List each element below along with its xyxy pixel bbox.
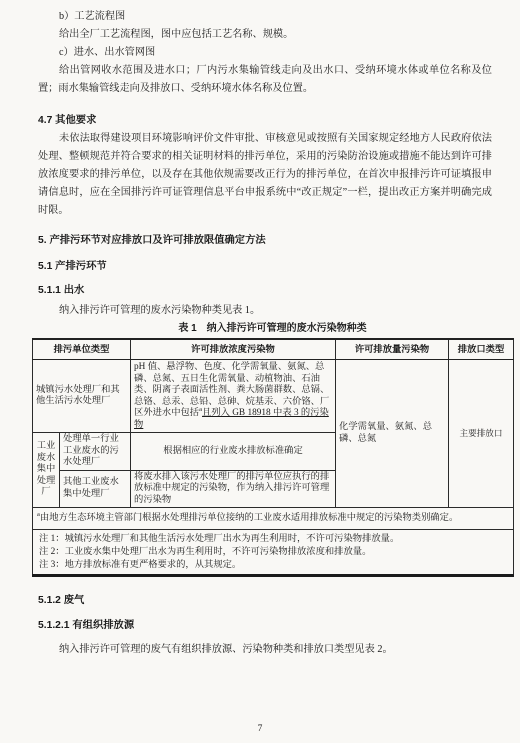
paragraph-5-1-2-1: 纳入排污许可管理的废气有组织排放源、污染物种类和排放口类型见表 2。 [38, 641, 492, 659]
table-notes-cell: 注 1：城镇污水处理厂和其他生活污水处理厂出水为再生利用时，不许可污染物排放量。… [33, 530, 514, 576]
table-footnote: a由地方生态环境主管部门根据水处理排污单位接纳的工业废水适用排放标准中规定的污染… [33, 508, 514, 530]
table-footnote-text: 由地方生态环境主管部门根据水处理排污单位接纳的工业废水适用排放标准中规定的污染物… [40, 513, 458, 523]
cell-industrial-group: 工业废水集中处理厂 [33, 433, 60, 508]
column-header-outlet-type: 排放口类型 [449, 339, 514, 360]
heading-5-1: 5.1 产排污环节 [38, 258, 492, 276]
cell-urban-unit: 城镇污水处理厂和其他生活污水处理厂 [33, 360, 131, 433]
heading-5-1-2-1-organized-sources: 5.1.2.1 有组织排放源 [38, 617, 492, 635]
paragraph-4-7: 未依法取得建设项目环境影响评价文件审批、审核意见或按照有关国家规定经地方人民政府… [38, 130, 492, 220]
page-number: 7 [0, 724, 520, 734]
table-1-wastewater-pollutants: 排污单位类型 许可排放浓度污染物 许可排放量污染物 排放口类型 城镇污水处理厂和… [32, 338, 514, 577]
paragraph-pipe-network: 给出管网收水范围及进水口；厂内污水集输管线走向及出水口、受纳环境水体或单位名称及… [38, 62, 492, 98]
list-item-c: c）进水、出水管网图 [38, 44, 492, 62]
paragraph-process-diagram: 给出全厂工艺流程图，图中应包括工艺名称、规模。 [38, 26, 492, 44]
table-row-urban-plants: 城镇污水处理厂和其他生活污水处理厂 pH 值、悬浮物、色度、化学需氧量、氨氮、总… [33, 360, 514, 433]
column-header-amount-pollutants: 许可排放量污染物 [336, 339, 449, 360]
cell-other-industrial-unit: 其他工业废水集中处理厂 [60, 470, 131, 508]
cell-single-industry-unit: 处理单一行业工业废水的污水处理厂 [60, 433, 131, 471]
table-footnote-row: a由地方生态环境主管部门根据水处理排污单位接纳的工业废水适用排放标准中规定的污染… [33, 508, 514, 530]
table-note-3: 注 3：地方排放标准有更严格要求的，从其规定。 [39, 559, 510, 572]
column-header-concentration-pollutants: 许可排放浓度污染物 [131, 339, 336, 360]
heading-4-7-other-requirements: 4.7 其他要求 [38, 112, 492, 130]
heading-5: 5. 产排污环节对应排放口及许可排放限值确定方法 [38, 232, 492, 250]
heading-5-1-2-exhaust-gas: 5.1.2 废气 [38, 592, 492, 610]
list-item-b: b）工艺流程图 [38, 8, 492, 26]
heading-5-1-1-effluent: 5.1.1 出水 [38, 282, 492, 300]
cell-other-industrial-concentration: 将废水排入该污水处理厂的排污单位应执行的排放标准中规定的污染物，作为纳入排污许可… [131, 470, 336, 508]
document-content: b）工艺流程图 给出全厂工艺流程图，图中应包括工艺名称、规模。 c）进水、出水管… [38, 8, 492, 659]
paragraph-5-1-1: 纳入排污许可管理的废水污染物种类见表 1。 [38, 302, 492, 320]
table-notes-row: 注 1：城镇污水处理厂和其他生活污水处理厂出水为再生利用时，不许可污染物排放量。… [33, 530, 514, 576]
table-note-2: 注 2：工业废水集中处理厂出水为再生利用时，不许可污染物排放浓度和排放量。 [39, 546, 510, 559]
table-1-caption: 表 1 纳入排污许可管理的废水污染物种类 [32, 321, 513, 336]
table-header-row: 排污单位类型 许可排放浓度污染物 许可排放量污染物 排放口类型 [33, 339, 514, 360]
cell-outlet-type: 主要排放口 [449, 360, 514, 508]
cell-urban-concentration-pollutants: pH 值、悬浮物、色度、化学需氧量、氨氮、总磷、总氮、五日生化需氧量、动植物油、… [131, 360, 336, 433]
document-page: b）工艺流程图 给出全厂工艺流程图，图中应包括工艺名称、规模。 c）进水、出水管… [0, 0, 520, 743]
cell-single-industry-concentration: 根据相应的行业废水排放标准确定 [131, 433, 336, 471]
cell-amount-pollutants: 化学需氧量、氨氮、总磷、总氮 [336, 360, 449, 508]
table-note-1: 注 1：城镇污水处理厂和其他生活污水处理厂出水为再生利用时，不许可污染物排放量。 [39, 533, 510, 546]
column-header-unit-type: 排污单位类型 [33, 339, 131, 360]
